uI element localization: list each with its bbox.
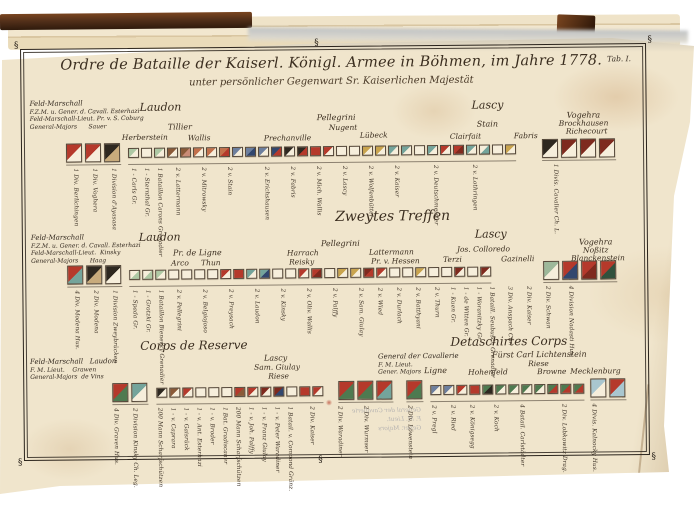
- unit-label: 4 Div. Graven Hus.: [112, 408, 119, 465]
- regiment-flag-icon: [561, 139, 577, 158]
- unit-label: 1 - v. Caprara: [169, 408, 175, 449]
- group-label: Lübeck: [360, 130, 388, 139]
- group-label: Pr. v. Hessen: [371, 256, 420, 265]
- regiment-flag-icon: [271, 147, 282, 157]
- commander-line: General-Majors Sauer: [30, 122, 180, 131]
- regiment-flag-icon: [521, 384, 532, 394]
- corner-ornament-icon: §: [647, 36, 652, 45]
- unit-label: 1 - Kuen Gr.: [449, 287, 455, 323]
- unit-label: 2 v. Stain: [226, 167, 232, 195]
- regiment-flag-icon: [599, 138, 615, 157]
- regiment-flag-icon: [247, 387, 258, 397]
- unit-label: 2 v. Batthyani: [414, 287, 420, 329]
- regiment-flag-icon: [542, 139, 558, 158]
- unit-label: 1 - de Witten Gr.: [462, 287, 468, 337]
- regiment-flag-icon: [142, 270, 153, 280]
- group-label: Richecourt: [566, 126, 608, 135]
- unit-label: 1 Bat. Gradiscaner: [221, 407, 228, 464]
- regiment-flag-icon: [375, 146, 386, 156]
- regiment-flag-icon: [560, 384, 571, 394]
- corner-ornament-icon: §: [14, 42, 19, 51]
- unit-label: 2 Div. Wurmser: [362, 406, 368, 453]
- corner-ornament-icon: §: [18, 459, 23, 468]
- regiment-flag-icon: [482, 384, 493, 394]
- unit-label: 2 Div. Kaiser: [308, 406, 314, 444]
- unit-label: 1 - Sternthal Gr.: [143, 168, 149, 217]
- group-label: Lascy: [475, 227, 507, 240]
- unit-label: 2 v. Oliv. Wallis: [305, 288, 311, 334]
- group-label: Pellegrini: [317, 113, 356, 122]
- book-photo: General der CavallerieF. M. Lieut.Gener.…: [0, 0, 700, 513]
- unit-label: 1 Batail. v. Compond Gränz.: [286, 406, 293, 491]
- group-label: Jos. Colloredo: [457, 244, 510, 254]
- unit-label: 200 Mann Scharfschützen: [156, 408, 163, 488]
- corner-ornament-icon: §: [651, 453, 656, 462]
- unit-label: 2 v. Fabris: [289, 166, 295, 197]
- unit-label: 2 v. Belgiojoso: [201, 289, 207, 333]
- group-label: Laudon: [139, 230, 181, 243]
- unit-label: 2 Div. Modena: [92, 290, 98, 333]
- regiment-flag-icon: [182, 387, 193, 397]
- regiment-flag-icon: [180, 147, 191, 157]
- regiment-flag-icon: [66, 143, 82, 162]
- regiment-flag-icon: [534, 384, 545, 394]
- regiment-flag-icon: [562, 261, 578, 280]
- unit-label: 2 v. Erichshausen: [263, 167, 270, 220]
- regiment-flag-icon: [350, 268, 361, 278]
- regiment-flag-icon: [194, 269, 205, 279]
- regiment-flag-icon: [573, 384, 584, 394]
- regiment-flag-icon: [495, 384, 506, 394]
- unit-label: 1 - v. Broder: [208, 407, 214, 444]
- unit-label: 4 Divis. Kalnocky Hus.: [590, 403, 597, 471]
- group-label: Herberstein: [122, 133, 168, 142]
- unit-label: 4 Batail. Carlstädter: [518, 404, 525, 466]
- group-label: Stain: [477, 119, 498, 128]
- unit-label: 2 Div. Schwan: [544, 286, 550, 329]
- regiment-flag-icon: [310, 146, 321, 156]
- regiment-flag-icon: [207, 269, 218, 279]
- unit-label: 1 Div. Berlichingen: [72, 168, 79, 226]
- regiment-flag-icon: [245, 147, 256, 157]
- group-label: Clairfait: [450, 132, 481, 141]
- regiment-flag-icon: [272, 268, 283, 278]
- unit-label: 2 v. Lascy: [341, 166, 347, 196]
- unit-label: 2 v. Königsegg: [468, 405, 474, 449]
- section-title-corps-de-reserve: Detaschirtes Corps: [424, 334, 594, 350]
- regiment-flag-icon: [543, 261, 559, 280]
- regiment-flag-icon: [232, 147, 243, 157]
- regiment-flag-icon: [156, 388, 167, 398]
- unit-label: 1 - Spada Gr.: [131, 290, 137, 329]
- regiment-flag-icon: [389, 267, 400, 277]
- group-label: Ligne: [424, 366, 447, 375]
- unit-label: 2 v. Laudon: [253, 289, 259, 324]
- unit-label: 2 Div. Waradiner: [336, 406, 342, 457]
- unit-label: 200 Mann Scharfschützen: [234, 407, 241, 487]
- regiment-flag-icon: [467, 267, 478, 277]
- regiment-flag-icon: [128, 148, 139, 158]
- section-title-zweytes-treffen: Zweytes Treffen: [293, 207, 493, 225]
- section-title-corps-de-reserve: Corps de Reserve: [114, 338, 274, 354]
- unit-label: 2 v. Kaiser: [393, 165, 399, 197]
- regiment-flag-icon: [297, 146, 308, 156]
- regiment-flag-icon: [299, 386, 310, 396]
- group-label: Tillier: [168, 122, 192, 131]
- regiment-flag-icon: [284, 146, 295, 156]
- regiment-flag-icon: [286, 386, 297, 396]
- regiment-flag-icon: [169, 387, 180, 397]
- unit-label: 1 Div. Voghera: [91, 168, 97, 212]
- regiment-flag-icon: [246, 269, 257, 279]
- unit-label: 1 Divis. Cavalier Ch. L.: [552, 164, 559, 234]
- commander-block: Feld-Marschall LaudonF. M. Lieut. Grawen…: [30, 356, 180, 381]
- unit-label: 2 Division Kinsky Ch. Leg.: [131, 408, 138, 488]
- border-ornament-icon: §: [318, 456, 323, 465]
- regiment-flag-icon: [581, 260, 597, 279]
- group-label: Lattermann: [369, 247, 414, 256]
- regiment-flag-icon: [155, 270, 166, 280]
- group-label: Arco: [171, 258, 189, 267]
- group-label: Hohenfeld: [468, 367, 508, 376]
- regiment-flag-icon: [580, 138, 596, 157]
- regiment-flag-icon: [479, 145, 490, 155]
- regiment-flag-icon: [492, 144, 503, 154]
- regiment-flag-icon: [112, 383, 128, 402]
- regiment-flag-icon: [259, 269, 270, 279]
- group-label: Thun: [201, 258, 221, 267]
- group-label: Mecklenburg: [570, 366, 621, 375]
- regiment-flag-icon: [219, 147, 230, 157]
- unit-label: 2 v. Ried: [449, 405, 455, 431]
- flag-group-underline: [406, 401, 423, 402]
- regiment-flag-icon: [234, 387, 245, 397]
- regiment-flag-icon: [338, 381, 354, 400]
- unit-label: 2 v. Thurn: [433, 287, 439, 318]
- unit-label: 2 v. Palffy: [331, 288, 337, 317]
- group-label: Nugent: [329, 123, 358, 132]
- regiment-flag-icon: [414, 145, 425, 155]
- regiment-flag-icon: [428, 267, 439, 277]
- unit-label: 1 - Grotzki Gr.: [144, 290, 150, 333]
- commander-line: General-Majors Haag: [31, 256, 181, 265]
- regiment-flag-icon: [311, 268, 322, 278]
- regiment-flag-icon: [402, 267, 413, 277]
- unit-label: 2 v. Pregl: [430, 405, 436, 434]
- group-label: Lascy: [472, 98, 504, 111]
- group-label: Fürst Carl Lichtenstein: [492, 350, 587, 360]
- unit-label: 2 v. Koch: [492, 404, 498, 431]
- regiment-flag-icon: [104, 143, 120, 162]
- regiment-flag-icon: [600, 260, 616, 279]
- regiment-flag-icon: [415, 267, 426, 277]
- unit-label: 1 - v. Franz Giulay: [260, 407, 267, 462]
- unit-label: 2 v. Preysach: [227, 289, 233, 329]
- regiment-flag-icon: [508, 384, 519, 394]
- unit-label: 2 v. Lattermann: [174, 167, 180, 215]
- regiment-flag-icon: [206, 147, 217, 157]
- regiment-flag-icon: [233, 269, 244, 279]
- unit-label: 1 - v. Peter Waradiner: [273, 407, 280, 473]
- regiment-flag-icon: [168, 269, 179, 279]
- regiment-flag-icon: [427, 145, 438, 155]
- regiment-flag-icon: [469, 385, 480, 395]
- regiment-flag-icon: [260, 387, 271, 397]
- regiment-flag-icon: [453, 145, 464, 155]
- regiment-flag-icon: [129, 270, 140, 280]
- plate-frame: § § § § § § Ordre de Bataille der Kaiser…: [20, 43, 650, 461]
- unit-label: 2 Div. Kaiser: [525, 286, 531, 324]
- regiment-flag-icon: [312, 386, 323, 396]
- regiment-flag-icon: [454, 267, 465, 277]
- border-ornament-icon: §: [314, 39, 319, 48]
- regiment-flag-icon: [406, 380, 422, 399]
- unit-label: 1 - v. Gaisrück: [182, 407, 188, 450]
- regiment-flag-icon: [376, 268, 387, 278]
- regiment-flag-icon: [443, 385, 454, 395]
- regiment-flag-icon: [193, 147, 204, 157]
- regiment-flag-icon: [590, 378, 606, 397]
- unit-label: 2 Div. Löwenstein: [406, 405, 413, 459]
- regiment-flag-icon: [154, 148, 165, 158]
- unit-label: 1 - Carls Gr.: [130, 168, 136, 205]
- regiment-flag-icon: [547, 384, 558, 394]
- group-label: Blanckenstein: [571, 253, 625, 263]
- unit-label: 4 Div. Modena Hus.: [73, 290, 80, 349]
- regiment-flag-icon: [141, 148, 152, 158]
- regiment-flag-icon: [430, 385, 441, 395]
- regiment-flag-icon: [195, 387, 206, 397]
- regiment-flag-icon: [85, 143, 101, 162]
- group-label: Browne: [537, 367, 566, 376]
- commander-line: General-Majors de Vins: [30, 373, 180, 382]
- regiment-flag-icon: [441, 267, 452, 277]
- unit-label: 2 v. Mitrowsky: [200, 167, 206, 211]
- regiment-flag-icon: [466, 145, 477, 155]
- regiment-flag-icon: [208, 387, 219, 397]
- unit-label: 2 v. Durlach: [395, 287, 401, 324]
- regiment-flag-icon: [609, 378, 625, 397]
- unit-label: 1 - v. Joh. Palffy: [247, 407, 253, 454]
- group-label: Pellegrini: [321, 239, 360, 248]
- regiment-flag-icon: [336, 146, 347, 156]
- regiment-flag-icon: [357, 381, 373, 400]
- regiment-flag-icon: [376, 380, 392, 399]
- group-label: Lascy: [264, 353, 287, 362]
- unit-label: 1 - Woranitzky Gr.: [475, 287, 482, 342]
- regiment-flag-icon: [67, 265, 83, 284]
- regiment-flag-icon: [349, 146, 360, 156]
- regiment-flag-icon: [258, 147, 269, 157]
- regiment-flag-icon: [480, 267, 491, 277]
- unit-label: 2 v. Pellegrini: [175, 289, 181, 330]
- regiment-flag-icon: [440, 145, 451, 155]
- unit-label: 1 Division d'Ayasasa: [110, 168, 117, 230]
- regiment-flag-icon: [324, 268, 335, 278]
- regiment-flag-icon: [298, 268, 309, 278]
- group-label: Harrach: [287, 248, 319, 257]
- group-label: Fabris: [514, 131, 538, 140]
- group-label: Wallis: [188, 133, 211, 142]
- unit-label: 2 v. Wied: [376, 288, 382, 316]
- regiment-flag-icon: [181, 269, 192, 279]
- tab-label: Tab. I.: [607, 54, 631, 63]
- regiment-flag-icon: [167, 148, 178, 158]
- regiment-flag-icon: [323, 146, 334, 156]
- regiment-flag-icon: [505, 144, 516, 154]
- regiment-flag-icon: [363, 268, 374, 278]
- regiment-flag-icon: [456, 385, 467, 395]
- group-label: Laudon: [140, 100, 182, 113]
- unit-label: 1 - v. Ant. Esterhazi: [195, 407, 202, 467]
- regiment-flag-icon: [285, 268, 296, 278]
- regiment-flag-icon: [401, 145, 412, 155]
- regiment-flag-icon: [220, 269, 231, 279]
- regiment-flag-icon: [362, 146, 373, 156]
- group-label: Terzi: [443, 255, 462, 264]
- group-label: Pr. de Ligne: [173, 248, 222, 257]
- group-label: Sam. Giulay: [254, 362, 300, 371]
- unit-label: 2 v. Sam. Giulay: [357, 288, 363, 337]
- regiment-flag-icon: [105, 265, 121, 284]
- regiment-flag-icon: [131, 383, 147, 402]
- group-label: Reisky: [289, 257, 314, 266]
- regiment-flag-icon: [337, 268, 348, 278]
- regiment-flag-icon: [388, 145, 399, 155]
- group-label: Prechanville: [264, 133, 311, 142]
- unit-label: 2 v. Lothringen: [471, 165, 477, 211]
- regiment-flag-icon: [273, 386, 284, 396]
- book-cover-edge: [0, 12, 252, 30]
- regiment-flag-icon: [221, 387, 232, 397]
- unit-label: 2 v. Kinsky: [279, 288, 285, 321]
- unit-label: 2 Div. Lobkowitz Drag.: [560, 404, 567, 473]
- group-label: Riese: [268, 371, 289, 380]
- regiment-flag-icon: [86, 265, 102, 284]
- group-label: Gazinelli: [501, 254, 534, 263]
